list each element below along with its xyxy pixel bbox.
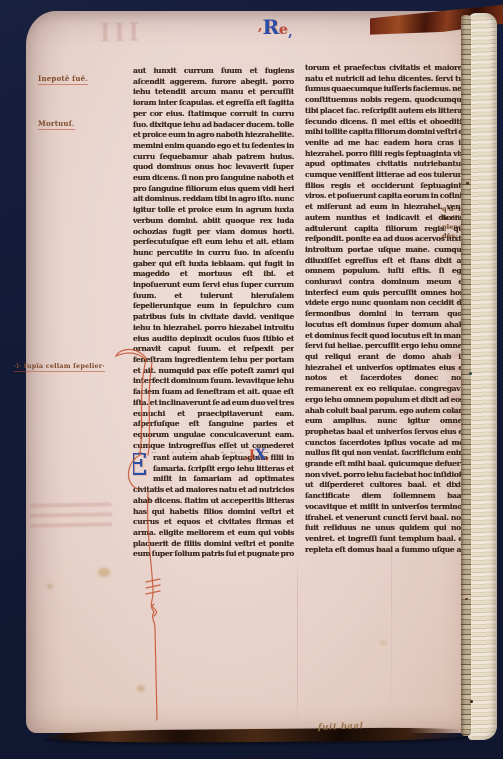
running-title: ,Re, (258, 15, 293, 40)
chapter-number-right-mark: , (266, 449, 270, 462)
margin-note-lower: ·ī· ſupīa cellam ſepelier· (14, 362, 105, 372)
running-title-letter-r: R (263, 15, 280, 39)
stain (380, 640, 387, 645)
speck (465, 598, 468, 600)
page-edge-seam (461, 15, 471, 736)
text-column-right: torum et praefectus civitatis et maiores… (305, 63, 466, 555)
stain (47, 584, 53, 589)
fore-edge-pages (468, 13, 497, 740)
photo-background: III ,Re, Inepotē ſuē. Mortuuſ. ·ī· ſupīa… (0, 0, 503, 759)
speck (469, 372, 472, 375)
margin-note-top: Inepotē ſuē. (38, 74, 88, 85)
speck (466, 182, 469, 185)
penwork-flourish (100, 342, 174, 726)
showthrough-verso-heading: III (100, 18, 143, 49)
margin-note-mid: Mortuuſ. (38, 119, 75, 130)
crease-line (297, 556, 298, 728)
running-title-right-flourish: , (288, 25, 293, 40)
catchword: fuit baal (318, 721, 364, 733)
chapter-number: ,IX, (245, 444, 270, 463)
running-title-letter-e: e (279, 22, 288, 38)
chapter-number-x: X (255, 447, 266, 463)
speck (470, 700, 473, 703)
